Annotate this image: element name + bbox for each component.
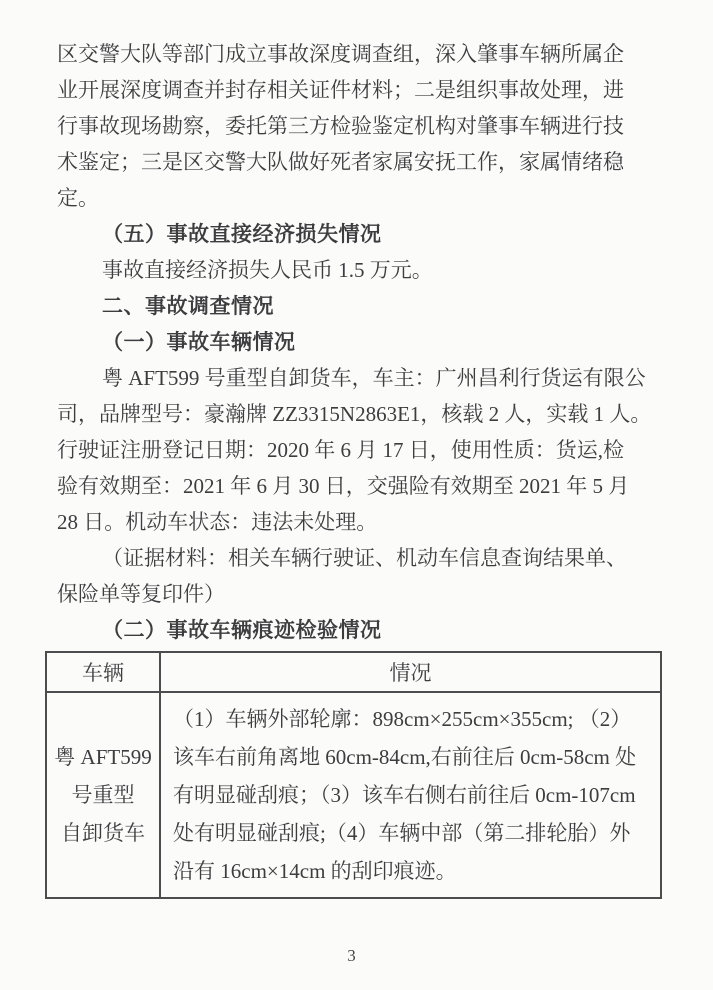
text-line: 号重型 <box>47 776 159 814</box>
text-line: （1）车辆外部轮廓：898cm×255cm×355cm; （2） <box>173 700 656 738</box>
text-line: 沿有 16cm×14cm 的刮印痕迹。 <box>173 852 656 890</box>
table-data-row: 粤 AFT599号重型自卸货车 （1）车辆外部轮廓：898cm×255cm×35… <box>46 692 661 898</box>
paragraph-continuation: 区交警大队等部门成立事故深度调查组，深入肇事车辆所属企业开展深度调查并封存相关证… <box>57 36 661 216</box>
text-line: 业开展深度调查并封存相关证件材料；二是组织事故处理，进 <box>57 72 661 108</box>
cell-situation-details: （1）车辆外部轮廓：898cm×255cm×355cm; （2）该车右前角离地 … <box>160 692 661 898</box>
text-line: 有明显碰刮痕；（3）该车右侧右前往后 0cm-107cm <box>173 776 656 814</box>
text-line: （证据材料：相关车辆行驶证、机动车信息查询结果单、 <box>57 540 661 576</box>
text-line: 自卸货车 <box>47 814 159 852</box>
table-header-row: 车辆 情况 <box>46 652 661 692</box>
text-line: 粤 AFT599 <box>47 738 159 776</box>
page-number: 3 <box>0 946 703 966</box>
cell-vehicle-id: 粤 AFT599号重型自卸货车 <box>46 692 160 898</box>
text-line: 处有明显碰刮痕;（4）车辆中部（第二排轮胎）外 <box>173 814 656 852</box>
text-line: 验有效期至：2021 年 6 月 30 日，交强险有效期至 2021 年 5 月 <box>57 468 661 504</box>
paragraph-vehicle-details: 粤 AFT599 号重型自卸货车，车主：广州昌利行货运有限公司，品牌型号：豪瀚牌… <box>57 360 661 540</box>
column-header-vehicle: 车辆 <box>46 652 160 692</box>
heading-vehicle-info: （一）事故车辆情况 <box>57 324 661 360</box>
text-line: 保险单等复印件） <box>57 576 661 612</box>
heading-investigation: 二、事故调查情况 <box>57 288 661 324</box>
text-line: 定。 <box>57 180 661 216</box>
text-line: 28 日。机动车状态：违法未处理。 <box>57 504 661 540</box>
heading-economic-loss: （五）事故直接经济损失情况 <box>57 216 661 252</box>
text-line: 术鉴定；三是区交警大队做好死者家属安抚工作，家属情绪稳 <box>57 144 661 180</box>
text-line: 该车右前角离地 60cm-84cm,右前往后 0cm-58cm 处 <box>173 738 656 776</box>
text-line: 行驶证注册登记日期：2020 年 6 月 17 日，使用性质：货运,检 <box>57 432 661 468</box>
trace-inspection-table: 车辆 情况 粤 AFT599号重型自卸货车 （1）车辆外部轮廓：898cm×25… <box>45 651 662 899</box>
column-header-situation: 情况 <box>160 652 661 692</box>
text-line: 司，品牌型号：豪瀚牌 ZZ3315N2863E1，核载 2 人，实载 1 人。 <box>57 396 661 432</box>
paragraph-evidence-note: （证据材料：相关车辆行驶证、机动车信息查询结果单、保险单等复印件） <box>57 540 661 612</box>
text-line: 粤 AFT599 号重型自卸货车，车主：广州昌利行货运有限公 <box>57 360 661 396</box>
document-content: 区交警大队等部门成立事故深度调查组，深入肇事车辆所属企业开展深度调查并封存相关证… <box>57 0 661 899</box>
paragraph-economic-loss: 事故直接经济损失人民币 1.5 万元。 <box>57 252 661 288</box>
document-page: 区交警大队等部门成立事故深度调查组，深入肇事车辆所属企业开展深度调查并封存相关证… <box>0 0 713 990</box>
text-line: 行事故现场勘察，委托第三方检验鉴定机构对肇事车辆进行技 <box>57 108 661 144</box>
heading-trace-inspection: （二）事故车辆痕迹检验情况 <box>57 612 661 648</box>
text-line: 区交警大队等部门成立事故深度调查组，深入肇事车辆所属企 <box>57 36 661 72</box>
